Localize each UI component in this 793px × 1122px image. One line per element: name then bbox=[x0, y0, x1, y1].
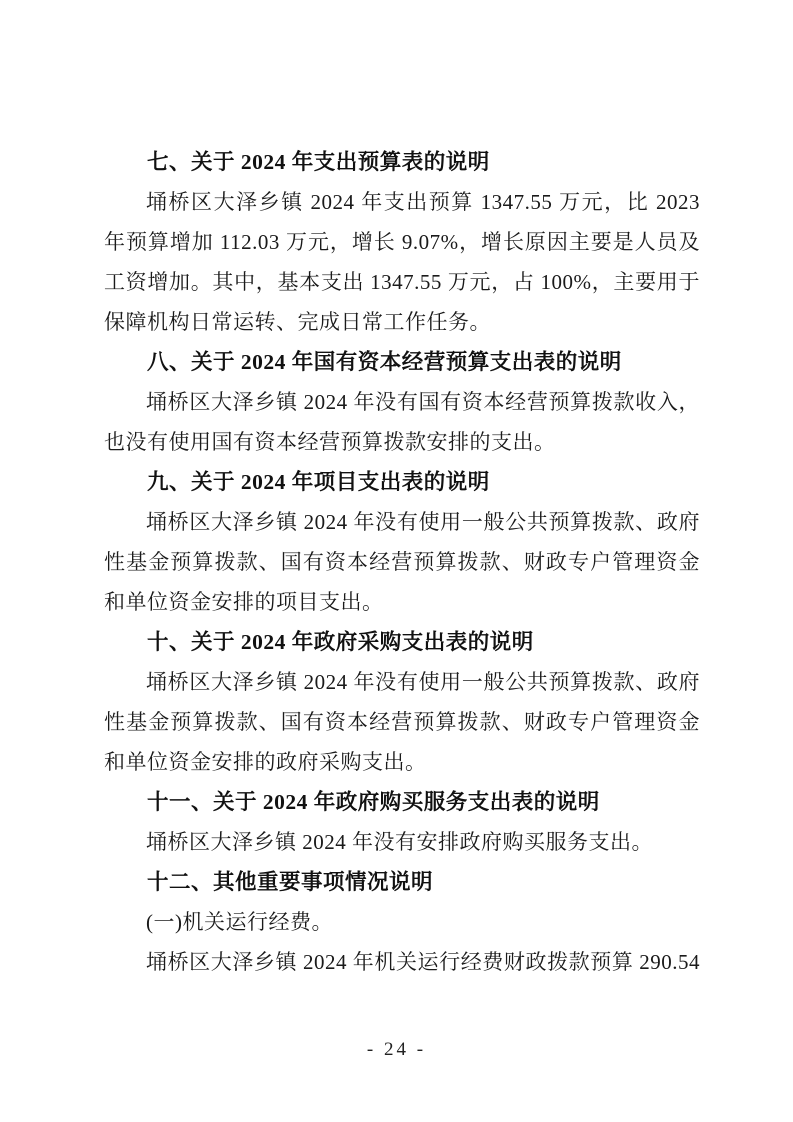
section-10-government-procurement: 十、关于 2024 年政府采购支出表的说明 埇桥区大泽乡镇 2024 年没有使用… bbox=[104, 622, 700, 782]
section-10-heading: 十、关于 2024 年政府采购支出表的说明 bbox=[104, 622, 700, 662]
section-8-paragraph: 埇桥区大泽乡镇 2024 年没有国有资本经营预算拨款收入，也没有使用国有资本经营… bbox=[104, 382, 700, 462]
section-11-purchased-services: 十一、关于 2024 年政府购买服务支出表的说明 埇桥区大泽乡镇 2024 年没… bbox=[104, 782, 700, 862]
page-number: - 24 - bbox=[367, 1039, 426, 1060]
section-11-paragraph: 埇桥区大泽乡镇 2024 年没有安排政府购买服务支出。 bbox=[104, 822, 700, 862]
section-8-heading: 八、关于 2024 年国有资本经营预算支出表的说明 bbox=[104, 342, 700, 382]
section-7-paragraph: 埇桥区大泽乡镇 2024 年支出预算 1347.55 万元，比 2023 年预算… bbox=[104, 182, 700, 342]
section-12-subitem-operating-funds: (一)机关运行经费。 bbox=[104, 902, 700, 942]
section-8-state-capital-budget: 八、关于 2024 年国有资本经营预算支出表的说明 埇桥区大泽乡镇 2024 年… bbox=[104, 342, 700, 462]
section-10-paragraph: 埇桥区大泽乡镇 2024 年没有使用一般公共预算拨款、政府性基金预算拨款、国有资… bbox=[104, 662, 700, 782]
document-body: 七、关于 2024 年支出预算表的说明 埇桥区大泽乡镇 2024 年支出预算 1… bbox=[104, 142, 700, 982]
section-7-heading: 七、关于 2024 年支出预算表的说明 bbox=[104, 142, 700, 182]
page-footer: - 24 - bbox=[0, 1038, 793, 1062]
section-12-paragraph-continued: 埇桥区大泽乡镇 2024 年机关运行经费财政拨款预算 290.54 bbox=[104, 942, 700, 982]
section-12-heading: 十二、其他重要事项情况说明 bbox=[104, 862, 700, 902]
section-12-other-important-matters: 十二、其他重要事项情况说明 (一)机关运行经费。 埇桥区大泽乡镇 2024 年机… bbox=[104, 862, 700, 982]
section-9-heading: 九、关于 2024 年项目支出表的说明 bbox=[104, 462, 700, 502]
section-11-heading: 十一、关于 2024 年政府购买服务支出表的说明 bbox=[104, 782, 700, 822]
document-page: 七、关于 2024 年支出预算表的说明 埇桥区大泽乡镇 2024 年支出预算 1… bbox=[0, 0, 793, 1122]
section-9-paragraph: 埇桥区大泽乡镇 2024 年没有使用一般公共预算拨款、政府性基金预算拨款、国有资… bbox=[104, 502, 700, 622]
section-7-expenditure-budget: 七、关于 2024 年支出预算表的说明 埇桥区大泽乡镇 2024 年支出预算 1… bbox=[104, 142, 700, 342]
section-9-project-expenditure: 九、关于 2024 年项目支出表的说明 埇桥区大泽乡镇 2024 年没有使用一般… bbox=[104, 462, 700, 622]
